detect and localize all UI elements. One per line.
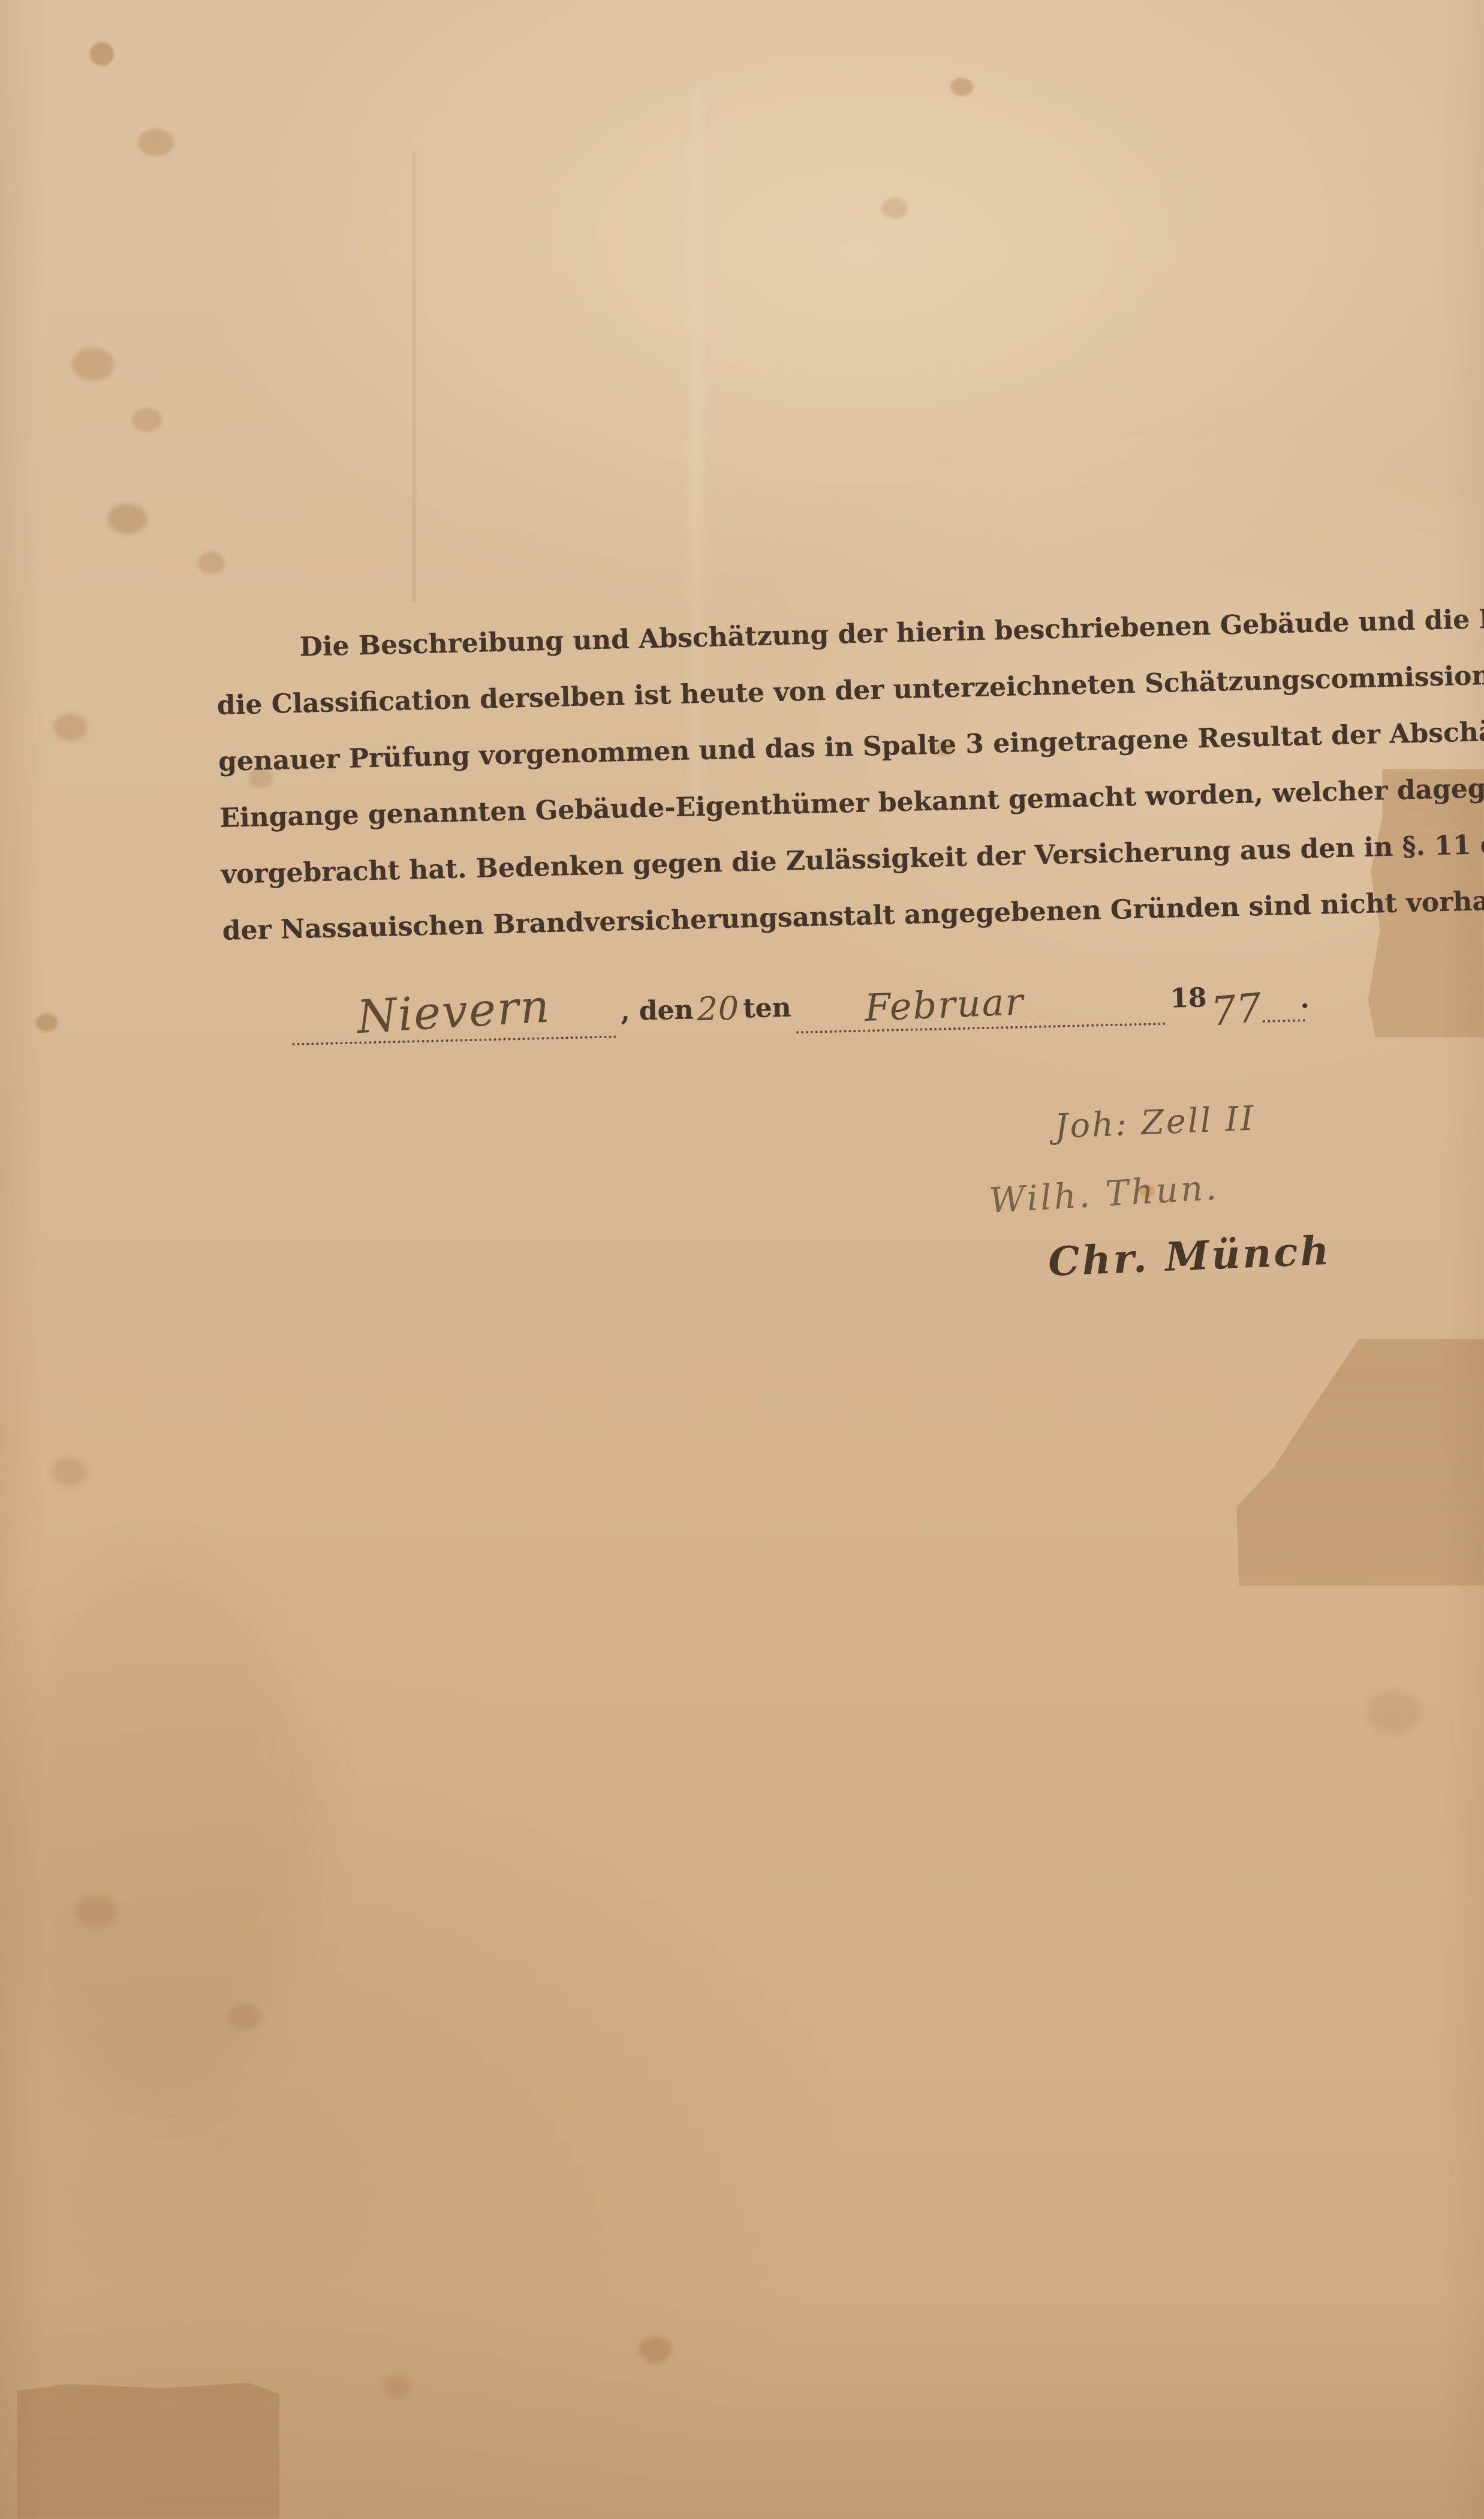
scanned-document-page: Die Beschreibung und Abschätzung der hie… [0,0,1484,2519]
foxing-stain [881,198,908,218]
foxing-stain [36,1014,58,1032]
foxing-stain [54,714,87,741]
foxing-stain [51,1457,87,1486]
foxing-stain [75,1895,117,1928]
printed-den-label: , den [616,975,698,1044]
place-field: Nievern [290,976,618,1051]
month-field: Februar [794,964,1167,1040]
foxing-stain [228,2003,261,2030]
signature-block: Joh: Zell II Wilh. Thun. Chr. Münch [987,1083,1407,1294]
tape-repair-patch-bottom-left [17,2380,279,2519]
dateline: Nievern , den20ten Februar 1877 . [290,958,1400,1052]
damp-stain [0,1559,312,2099]
document-content: Die Beschreibung und Abschätzung der hie… [215,577,1406,1312]
foxing-stain [90,42,114,66]
year-handwritten: 77 [1208,968,1264,1039]
attestation-paragraph: Die Beschreibung und Abschätzung der hie… [215,594,1398,960]
foxing-stain [138,129,174,156]
printed-period: . [1300,984,1310,1014]
paper-crease [413,153,416,603]
foxing-stain [198,552,225,575]
foxing-stain [639,2336,672,2363]
foxing-stain [132,408,162,432]
foxing-stain [1367,1691,1421,1733]
foxing-stain [950,78,973,96]
place-handwritten: Nievern [289,975,618,1048]
foxing-stain [384,2375,411,2399]
tape-repair-patch-right-middle [1234,1339,1484,1586]
foxing-stain [72,348,114,381]
year-tail-rule: . [1260,960,1307,1029]
foxing-stain [108,504,147,534]
printed-year-prefix: 18 [1166,963,1211,1031]
